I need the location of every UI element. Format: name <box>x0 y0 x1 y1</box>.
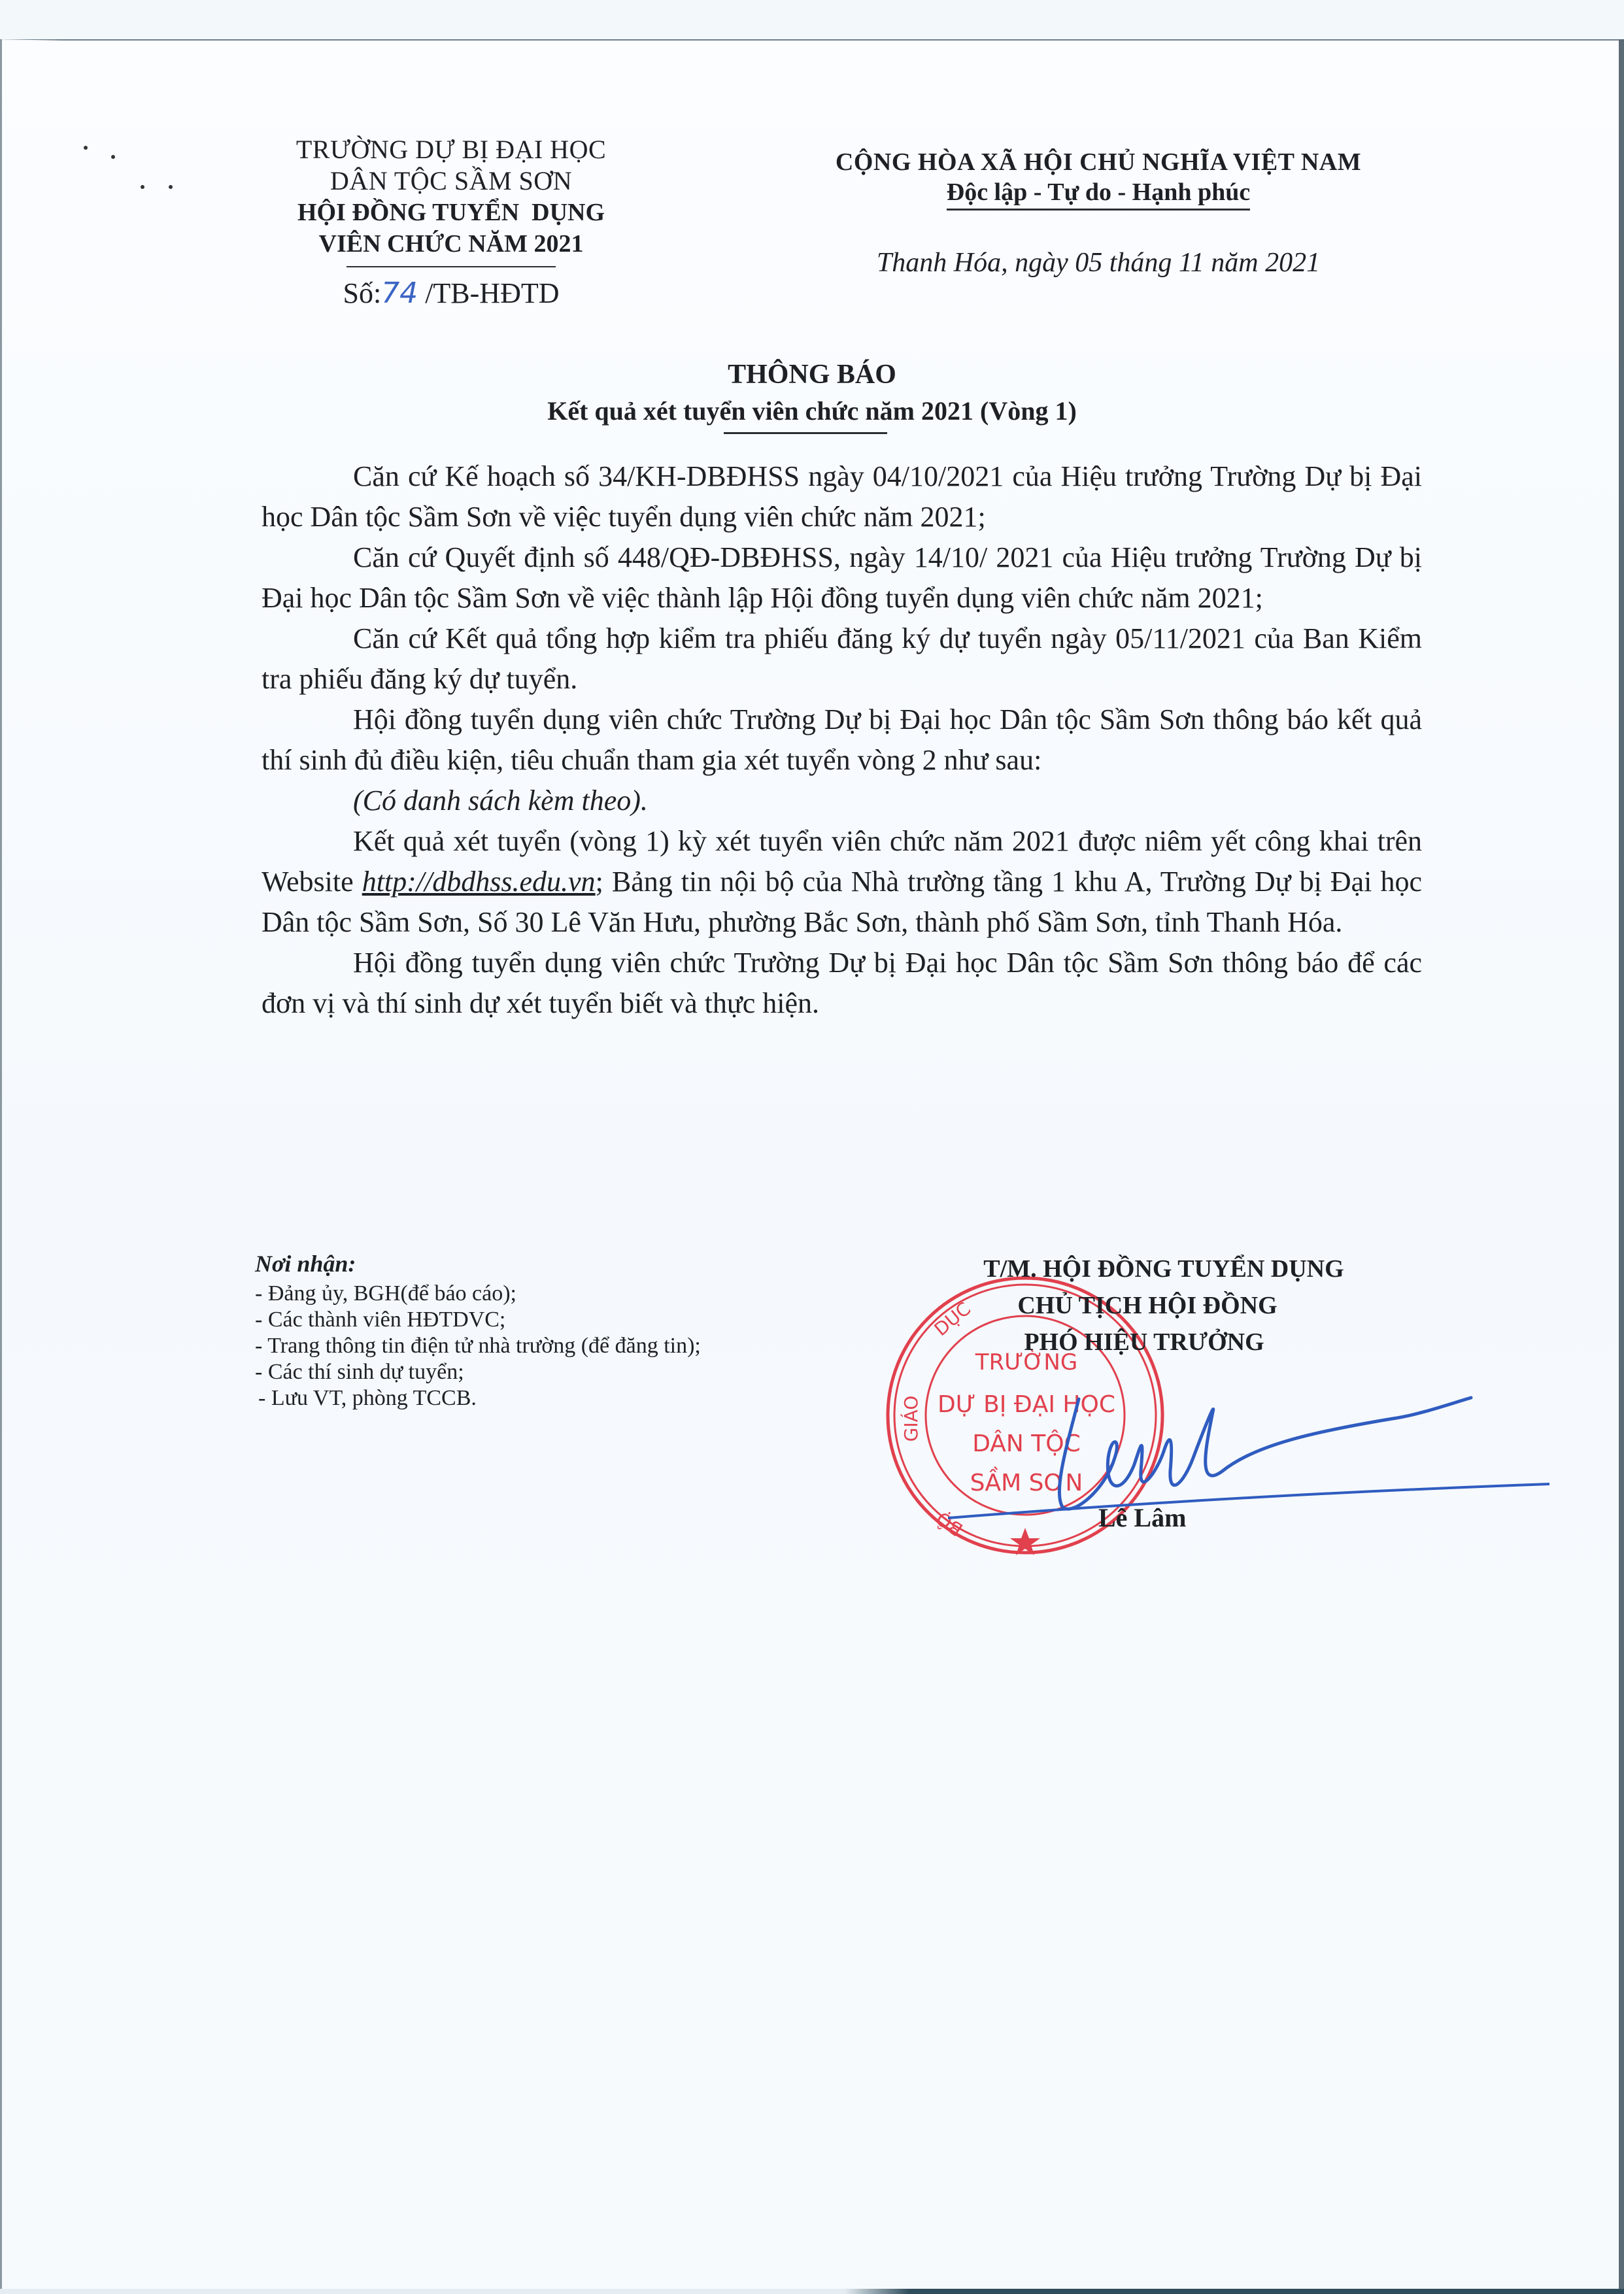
council-name-line1: HỘI ĐỒNG TUYỂN DỤNG <box>248 197 654 228</box>
place-date: Thanh Hóa, ngày 05 tháng 11 năm 2021 <box>762 247 1435 278</box>
recipient-item: - Các thí sinh dự tuyển; <box>255 1359 876 1385</box>
website-link[interactable]: http://dbdhss.edu.vn <box>362 866 596 898</box>
paragraph-legal-basis-1: Căn cứ Kế hoạch số 34/KH-DBĐHSS ngày 04/… <box>262 456 1422 537</box>
doc-number-prefix: Số: <box>343 277 381 309</box>
signer-name: Lê Lâm <box>1098 1502 1186 1533</box>
signature-title-line1: T/M. HỘI ĐỒNG TUYỂN DỤNG <box>902 1251 1425 1287</box>
recipient-item: - Các thành viên HĐTDVC; <box>255 1307 876 1333</box>
document-subtitle: Kết quả xét tuyển viên chức năm 2021 (Vò… <box>0 393 1624 430</box>
issuing-authority: TRƯỜNG DỰ BỊ ĐẠI HỌC DÂN TỘC SẦM SƠN HỘI… <box>248 134 654 309</box>
recipients-label: Nơi nhận: <box>255 1251 876 1277</box>
doc-number-handwritten: 74 <box>381 277 418 310</box>
paragraph-legal-basis-3: Căn cứ Kết quả tổng hợp kiểm tra phiếu đ… <box>262 618 1422 700</box>
nation-name: CỘNG HÒA XÃ HỘI CHỦ NGHĨA VIỆT NAM <box>762 147 1435 177</box>
paragraph-publication: Kết quả xét tuyển (vòng 1) kỳ xét tuyển … <box>262 821 1422 943</box>
title-divider <box>724 432 887 434</box>
council-name-line2: VIÊN CHỨC NĂM 2021 <box>248 228 654 260</box>
recipient-item: - Trang thông tin điện tử nhà trường (để… <box>255 1333 876 1359</box>
recipients-block: Nơi nhận: - Đảng ủy, BGH(để báo cáo); - … <box>255 1251 876 1411</box>
paragraph-legal-basis-2: Căn cứ Quyết định số 448/QĐ-DBĐHSS, ngày… <box>262 537 1422 618</box>
signature-title-line3: PHÓ HIỆU TRƯỞNG <box>863 1324 1425 1360</box>
recipient-item: - Đảng ủy, BGH(để báo cáo); <box>255 1281 876 1307</box>
signature-block: T/M. HỘI ĐỒNG TUYỂN DỤNG CHỦ TỊCH HỘI ĐỒ… <box>902 1251 1425 1360</box>
document-number: Số:74 /TB-HĐTD <box>248 278 654 309</box>
document-title: THÔNG BÁO <box>0 356 1624 393</box>
attachment-note: (Có danh sách kèm theo). <box>262 781 1422 821</box>
paragraph-announcement: Hội đồng tuyển dụng viên chức Trường Dự … <box>262 700 1422 781</box>
scan-specks <box>78 141 177 193</box>
national-motto: Độc lập - Tự do - Hạnh phúc <box>947 177 1251 211</box>
paragraph-closing: Hội đồng tuyển dụng viên chức Trường Dự … <box>262 943 1422 1024</box>
doc-number-suffix: /TB-HĐTD <box>418 277 559 309</box>
scan-bottom-edge <box>0 2289 1624 2294</box>
signature-title-line2: CHỦ TỊCH HỘI ĐỒNG <box>870 1287 1425 1324</box>
national-header: CỘNG HÒA XÃ HỘI CHỦ NGHĨA VIỆT NAM Độc l… <box>762 147 1435 278</box>
document-title-block: THÔNG BÁO Kết quả xét tuyển viên chức nă… <box>0 356 1624 434</box>
header-divider <box>347 266 556 267</box>
school-name-line2: DÂN TỘC SẦM SƠN <box>248 165 654 197</box>
scan-top-band <box>0 0 1624 39</box>
recipient-item: - Lưu VT, phòng TCCB. <box>255 1385 876 1411</box>
document-body: Căn cứ Kế hoạch số 34/KH-DBĐHSS ngày 04/… <box>262 456 1422 1024</box>
school-name-line1: TRƯỜNG DỰ BỊ ĐẠI HỌC <box>248 134 654 165</box>
